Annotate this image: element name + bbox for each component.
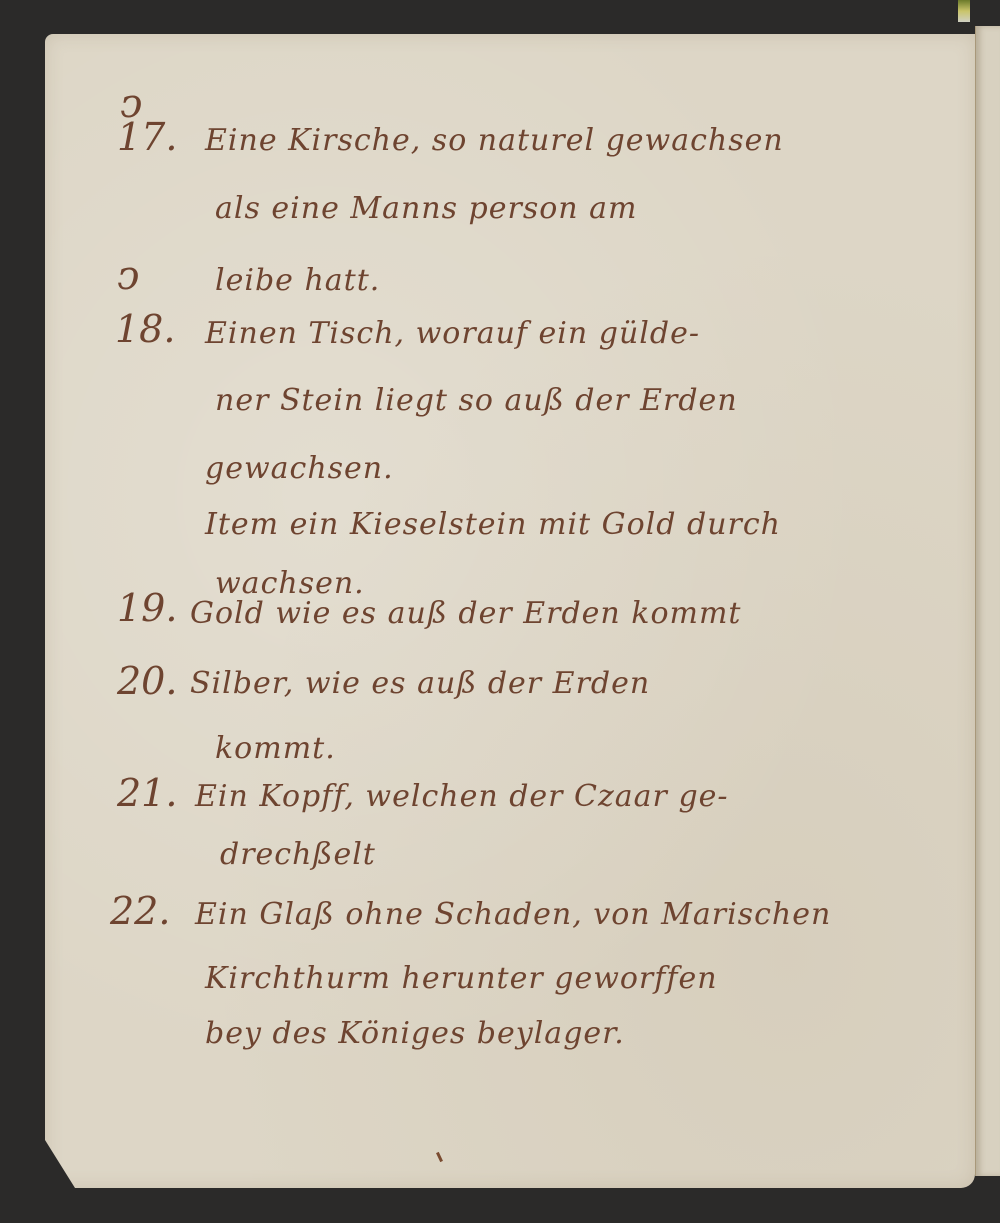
entry-line: bey des Königes beylager. <box>205 1019 625 1049</box>
entry-line: Gold wie es auß der Erden kommt <box>190 599 741 629</box>
entry-line: wachsen. <box>215 569 365 599</box>
entry-line: als eine Manns person am <box>215 194 638 224</box>
entry-line: leibe hatt. <box>215 266 380 296</box>
entry-number: 17. <box>117 118 177 156</box>
flourish-decoration: ↄ <box>117 256 139 296</box>
adjacent-page-edge <box>975 26 1000 1176</box>
entry-number: 19. <box>117 589 177 627</box>
manuscript-page: ↄ 17. Eine Kirsche, so naturel gewachsen… <box>45 34 975 1188</box>
entry-line: gewachsen. <box>205 454 394 484</box>
ink-speck <box>436 1152 443 1162</box>
entry-line: Kirchthurm herunter geworffen <box>205 964 718 994</box>
colored-tab-marker <box>958 0 970 22</box>
entry-line: Ein Glaß ohne Schaden, von Marischen <box>195 900 831 930</box>
entry-line: Silber, wie es auß der Erden <box>190 669 650 699</box>
folded-corner <box>45 1140 75 1188</box>
entry-line: kommt. <box>215 734 336 764</box>
entry-number: 22. <box>110 892 170 930</box>
entry-line: Ein Kopff, welchen der Czaar ge- <box>195 782 729 812</box>
entry-number: 20. <box>117 662 177 700</box>
entry-line: Item ein Kieselstein mit Gold durch <box>205 510 781 540</box>
entry-line: Eine Kirsche, so naturel gewachsen <box>205 126 784 156</box>
entry-line: ner Stein liegt so auß der Erden <box>215 386 738 416</box>
entry-line: drechßelt <box>220 840 376 870</box>
entry-line: Einen Tisch, worauf ein gülde- <box>205 319 700 349</box>
entry-number: 21. <box>117 774 177 812</box>
entry-number: 18. <box>115 310 175 348</box>
